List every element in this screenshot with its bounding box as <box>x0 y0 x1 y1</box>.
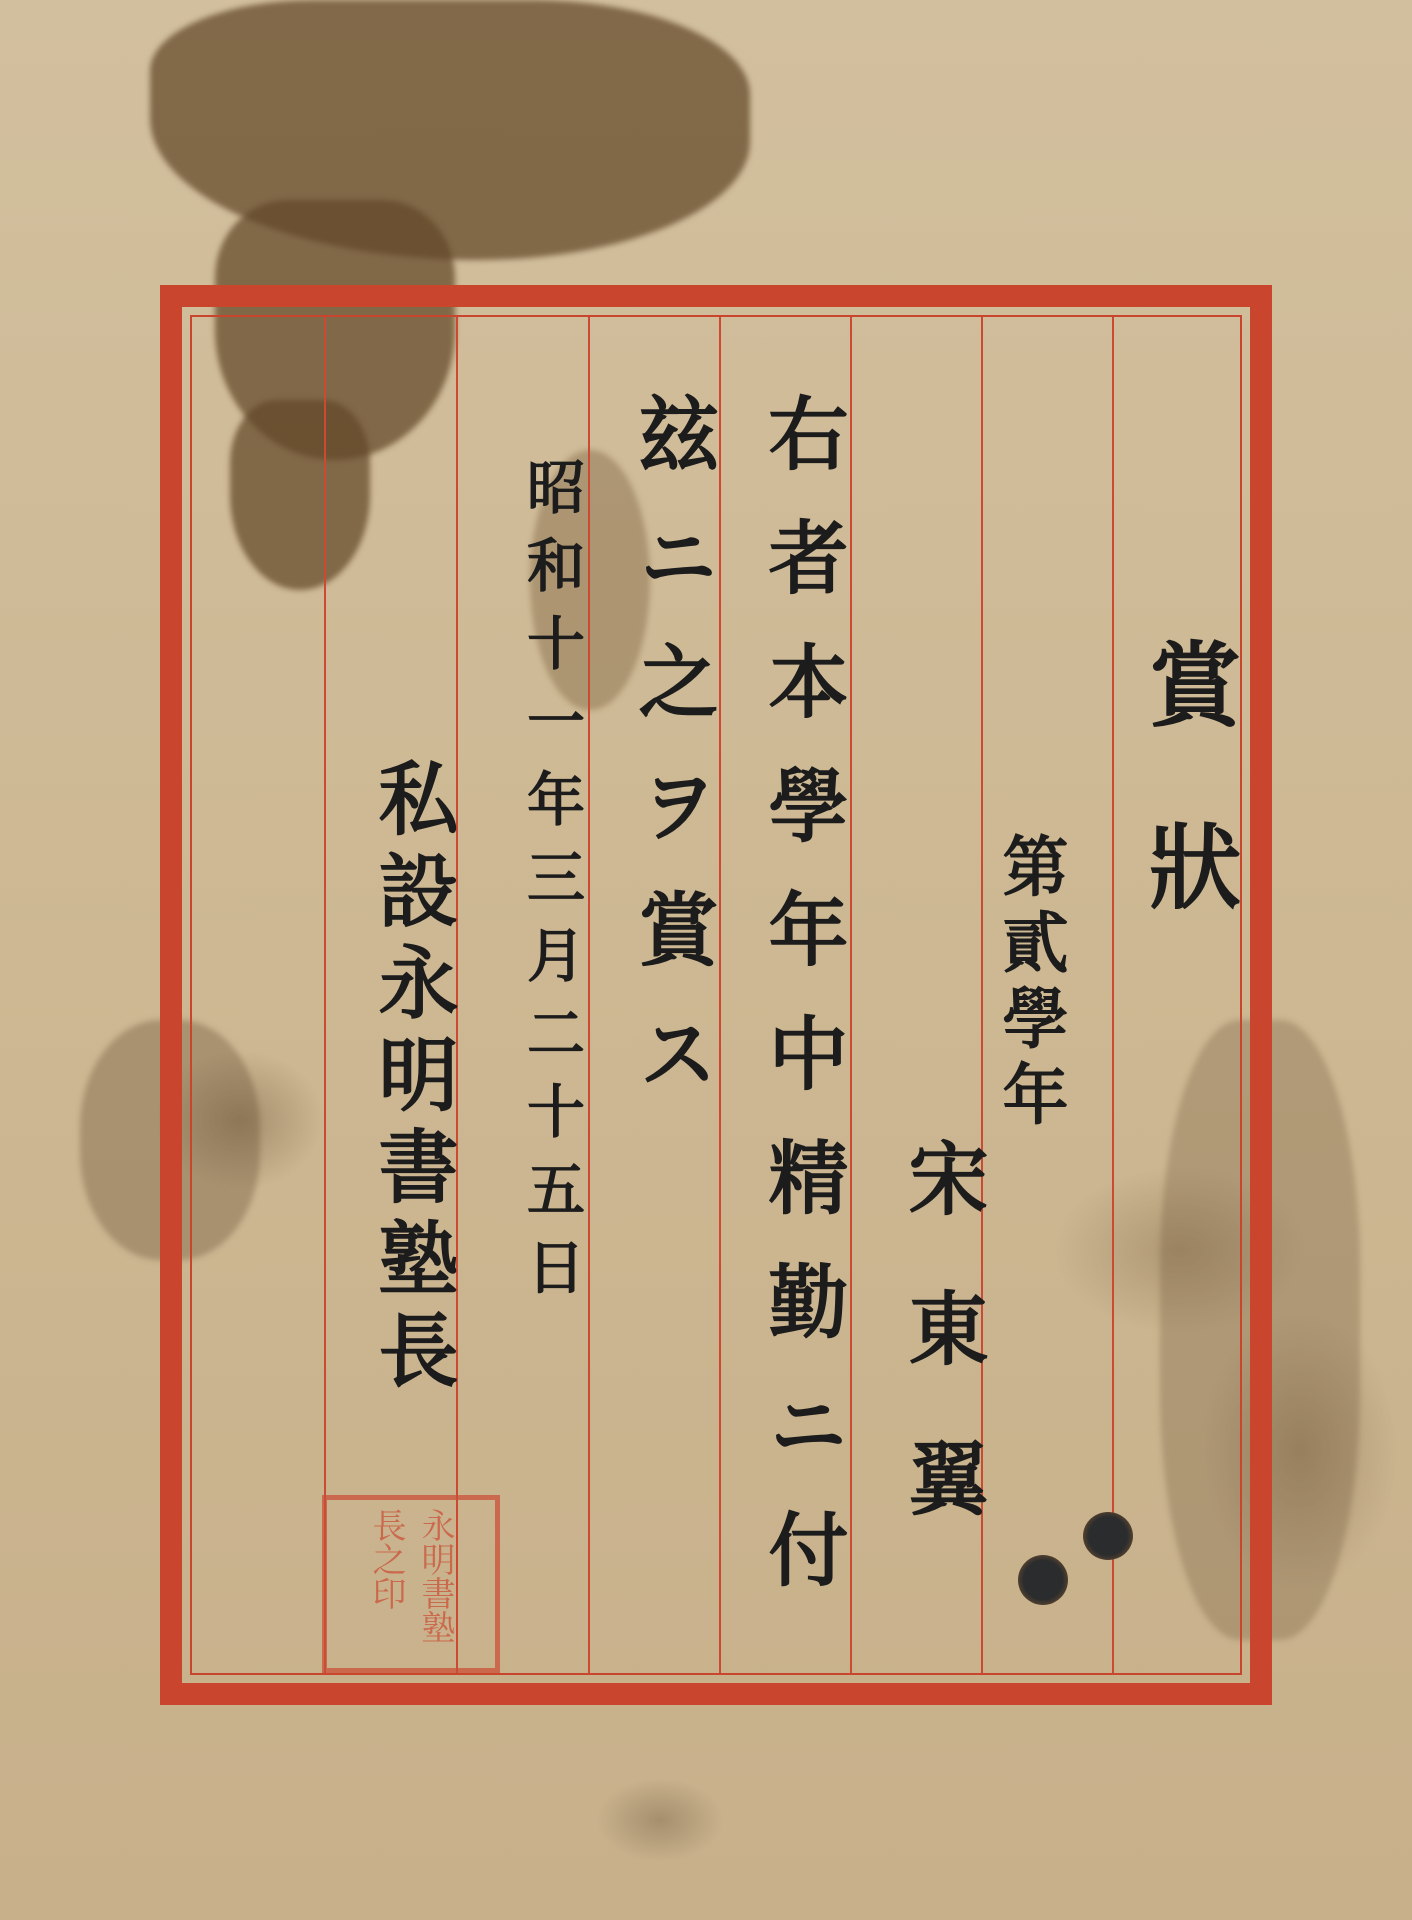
recipient-name: 宋東翼 <box>902 1137 982 1587</box>
inner-ruled-area: 賞狀 第貳學年 宋東翼 右者本學年中精勤ニ付 玆ニ之ヲ賞ス 昭和十一年三月二十五… <box>190 315 1242 1675</box>
burn-hole <box>1083 1512 1133 1560</box>
body-text-line-1: 右者本學年中精勤ニ付 <box>762 392 842 1632</box>
red-border-frame: 賞狀 第貳學年 宋東翼 右者本學年中精勤ニ付 玆ニ之ヲ賞ス 昭和十一年三月二十五… <box>160 285 1272 1705</box>
column-rule <box>719 317 721 1673</box>
grade-label: 第貳學年 <box>997 832 1063 1136</box>
red-seal-stamp: 永明書塾長之印 <box>322 1495 500 1673</box>
issue-date: 昭和十一年三月二十五日 <box>522 457 580 1315</box>
body-text-line-2: 玆ニ之ヲ賞ス <box>632 392 712 1136</box>
certificate-paper: 賞狀 第貳學年 宋東翼 右者本學年中精勤ニ付 玆ニ之ヲ賞ス 昭和十一年三月二十五… <box>0 0 1412 1920</box>
issuer-title: 私設永明書塾長 <box>372 757 452 1401</box>
column-rule <box>588 317 590 1673</box>
column-rule <box>850 317 852 1673</box>
certificate-title: 賞狀 <box>1122 637 1254 1001</box>
column-rule <box>324 317 326 1673</box>
column-rule <box>1112 317 1114 1673</box>
burn-hole <box>1018 1555 1068 1605</box>
